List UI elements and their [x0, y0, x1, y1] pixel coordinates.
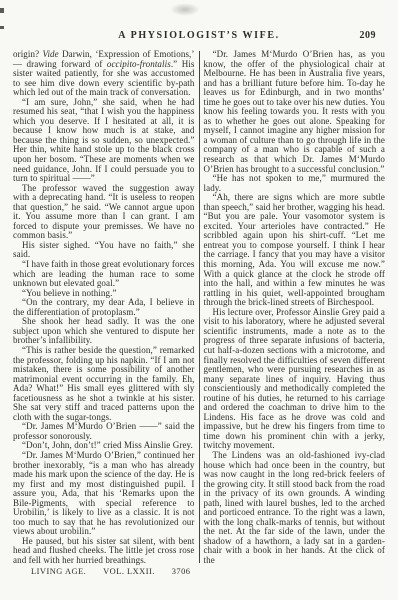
- running-header: A PHYSIOLOGIST’S WIFE. 209: [16, 30, 382, 43]
- paragraph: “On the contrary, my dear Ada, I believe…: [13, 298, 195, 317]
- colophon-line: LIVING AGE. VOL. LXXII. 3706: [13, 567, 195, 577]
- column-divider: [199, 51, 200, 563]
- paragraph: “This is rather beside the question,” re…: [13, 346, 195, 422]
- italic-text: Vide: [43, 49, 59, 59]
- paragraph: “I have faith in those great evolutionar…: [13, 260, 195, 289]
- paragraph: “Dr. James M‘Murdo O’Brien,” continued h…: [13, 451, 195, 537]
- paragraph: The Lindens was an old-fashioned ivy-cla…: [204, 451, 386, 566]
- paragraph: “He has not spoken to me,” murmured the …: [204, 174, 386, 193]
- volume-label: VOL. LXXII.: [103, 567, 155, 577]
- italic-text: occipito-frontalis: [107, 59, 171, 69]
- publication-name: LIVING AGE.: [31, 567, 86, 577]
- paragraph: “Dr. James M‘Murdo O’Brien has, as you k…: [204, 50, 386, 174]
- paragraph: His sister sighed. “You have no faith,” …: [13, 241, 195, 260]
- paragraph: “I am sure, John,” she said, when he had…: [13, 98, 195, 184]
- paragraph: He paused, but his sister sat silent, wi…: [13, 537, 195, 566]
- scan-speck: [0, 26, 4, 29]
- text-segment: origin?: [13, 49, 43, 59]
- paragraph: “Ah, there are signs which are more subt…: [204, 193, 386, 308]
- scan-speck: [0, 8, 4, 13]
- paragraph: “Dr. James M‘Murdo O’Brien ——” said the …: [13, 422, 195, 441]
- paragraph: The professor waved the suggestion away …: [13, 184, 195, 241]
- opening-paragraph: origin? Vide Darwin, ‘Expression of Emot…: [13, 50, 195, 98]
- paragraph: She shook her head sadly. It was the one…: [13, 317, 195, 346]
- issue-number: 3706: [172, 567, 191, 577]
- left-column: origin? Vide Darwin, ‘Expression of Emot…: [13, 50, 195, 576]
- text-columns: origin? Vide Darwin, ‘Expression of Emot…: [13, 50, 385, 576]
- right-column: “Dr. James M‘Murdo O’Brien has, as you k…: [204, 50, 386, 566]
- scan-smudge: [170, 3, 200, 16]
- paragraph: His lecture over, Professor Ainslie Grey…: [204, 308, 386, 451]
- page-title: A PHYSIOLOGIST’S WIFE.: [118, 30, 279, 41]
- page-number: 209: [360, 30, 377, 41]
- book-page: A PHYSIOLOGIST’S WIFE. 209 origin? Vide …: [0, 0, 398, 600]
